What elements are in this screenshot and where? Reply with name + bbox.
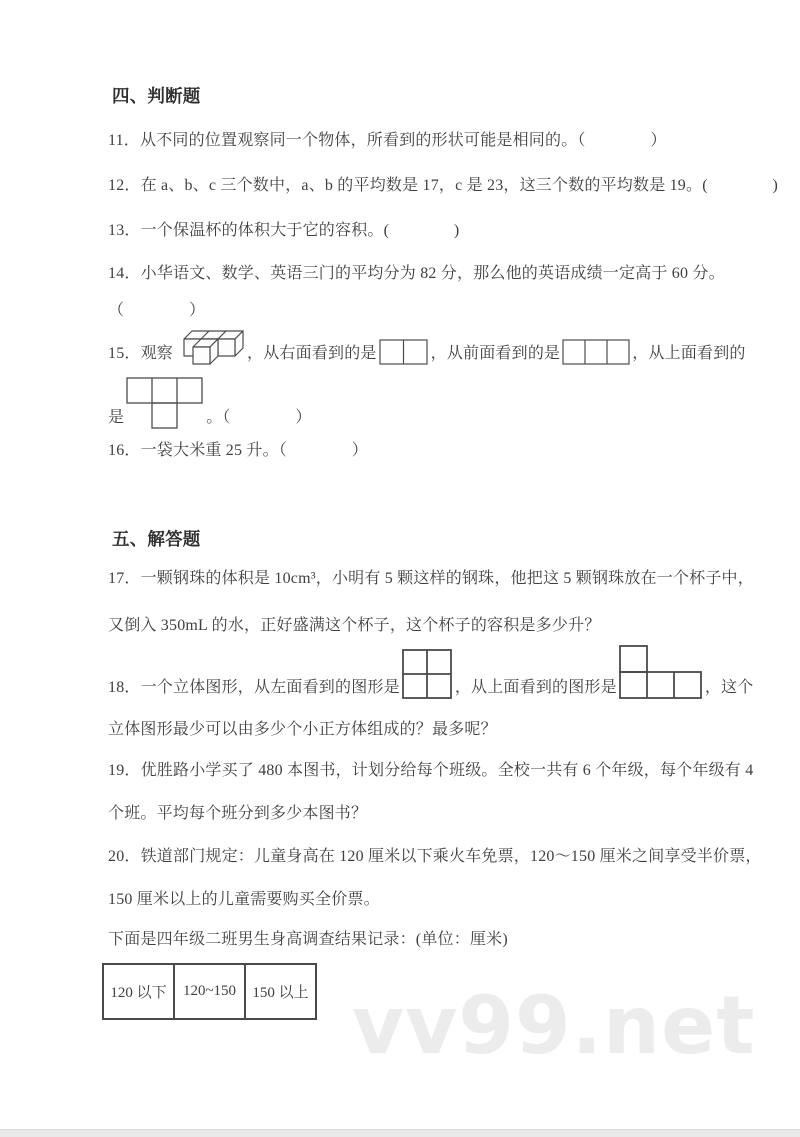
top-view-l-shape-figure bbox=[619, 645, 703, 700]
top-view-t-shape-figure bbox=[126, 377, 204, 430]
worksheet-page: 四、判断题 11．从不同的位置观察同一个物体，所看到的形状可能是相同的。（ ） … bbox=[0, 0, 800, 1137]
table-intro: 下面是四年级二班男生身高调查结果记录：(单位：厘米) bbox=[108, 930, 508, 950]
question-11: 11．从不同的位置观察同一个物体，所看到的形状可能是相同的。（ ） bbox=[108, 131, 667, 151]
right-view-grid-figure bbox=[379, 339, 429, 366]
question-15-seg2: ，从右面看到的是 bbox=[247, 340, 377, 366]
left-view-2x2-grid-figure bbox=[402, 649, 453, 700]
question-12: 12．在 a、b、c 三个数中，a、b 的平均数是 17，c 是 23，这三个数… bbox=[108, 176, 778, 196]
question-19-line2: 个班。平均每个班分到多少本图书？ bbox=[108, 804, 367, 824]
question-18-line1: 18．一个立体图形，从左面看到的图形是 ，从上面看到的图形是 bbox=[108, 645, 753, 700]
question-18-seg1: 18．一个立体图形，从左面看到的图形是 bbox=[108, 674, 400, 700]
watermark: vv99.net bbox=[352, 986, 755, 1066]
question-15-seg4: ，从上面看到的 bbox=[632, 340, 745, 366]
question-15-seg3: ，从前面看到的是 bbox=[431, 340, 561, 366]
question-20-line1: 20．铁道部门规定：儿童身高在 120 厘米以下乘火车免票，120～150 厘米… bbox=[108, 847, 762, 867]
question-15-line2-seg1: 是 bbox=[108, 404, 124, 430]
question-17-line2: 又倒入 350mL 的水，正好盛满这个杯子，这个杯子的容积是多少升？ bbox=[108, 616, 600, 636]
table-cell-over-150: 150 以上 bbox=[244, 963, 317, 1020]
question-14-answer-blank: （ ） bbox=[108, 301, 205, 321]
question-18-seg3: ，这个 bbox=[705, 674, 754, 700]
question-13: 13．一个保温杯的体积大于它的容积。( ) bbox=[108, 221, 459, 241]
question-15-line2: 是 。（ ） bbox=[108, 376, 312, 430]
height-survey-table: 120 以下 120~150 150 以上 bbox=[102, 963, 317, 1020]
table-cell-120-150: 120~150 bbox=[173, 963, 246, 1020]
page-bottom-edge bbox=[0, 1129, 800, 1137]
table-cell-under-120: 120 以下 bbox=[102, 963, 175, 1020]
question-20-line2: 150 厘米以上的儿童需要购买全价票。 bbox=[108, 890, 380, 910]
question-17-line1: 17．一颗钢珠的体积是 10cm³，小明有 5 颗这样的钢珠，他把这 5 颗钢珠… bbox=[108, 569, 754, 589]
question-18-line2: 立体图形最少可以由多少个小正方体组成的？最多呢？ bbox=[108, 720, 497, 740]
section-heading-judge: 四、判断题 bbox=[112, 86, 201, 106]
question-16: 16．一袋大米重 25 升。（ ） bbox=[108, 441, 368, 461]
front-view-grid-figure bbox=[562, 339, 630, 366]
cube-stack-figure bbox=[175, 324, 245, 366]
question-15-line1: 15．观察 ，从右面看到的是 bbox=[108, 320, 746, 366]
question-15-line2-seg2: 。（ ） bbox=[206, 404, 311, 430]
section-heading-solve: 五、解答题 bbox=[112, 529, 201, 549]
question-14-line1: 14．小华语文、数学、英语三门的平均分为 82 分，那么他的英语成绩一定高于 6… bbox=[108, 264, 725, 284]
question-15-seg1: 15．观察 bbox=[108, 340, 173, 366]
question-18-seg2: ，从上面看到的图形是 bbox=[455, 674, 617, 700]
question-19-line1: 19．优胜路小学买了 480 本图书，计划分给每个班级。全校一共有 6 个年级，… bbox=[108, 761, 753, 781]
